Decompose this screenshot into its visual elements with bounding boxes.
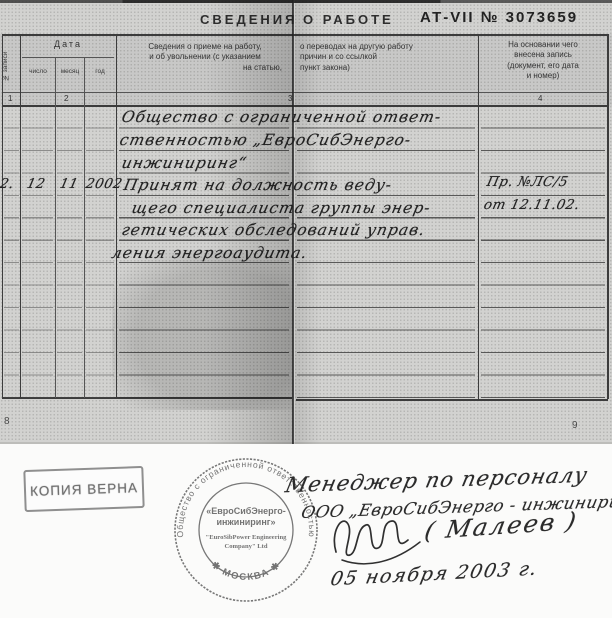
- column-number-4: 4: [538, 94, 542, 103]
- stamp-city-text: ✱ МОСКВА ✱: [209, 560, 283, 584]
- info-right-line3: пункт закона): [300, 63, 476, 73]
- copy-verified-stamp: КОПИЯ ВЕРНА: [23, 466, 144, 512]
- entry-org-line1: Общество с ограниченной ответ-: [120, 108, 443, 126]
- rules-year-col: [86, 106, 114, 398]
- entry-org-line2: ственностью „ЕвроСибЭнерго-: [118, 131, 413, 149]
- divider-info-basis: [478, 34, 479, 399]
- work-record-book-scan: СВЕДЕНИЯ О РАБОТЕ АТ-VII № 3073659 № зап…: [0, 0, 612, 618]
- column-number-2: 2: [64, 94, 68, 103]
- info-left-line2: и об увольнении (с указанием: [120, 52, 290, 62]
- page-number-left: 8: [4, 416, 10, 427]
- info-left-line1: Сведения о приеме на работу,: [120, 42, 290, 52]
- rules-month-col: [57, 106, 82, 398]
- table-bottom-right: [296, 399, 608, 401]
- info-right-line1: о переводах на другую работу: [300, 42, 476, 52]
- info-right-line2: причин и со ссылкой: [300, 52, 476, 62]
- table-right-border: [607, 34, 609, 399]
- basis-line2: внесена запись: [480, 50, 606, 60]
- entry-basis-line2: от 12.11.02.: [482, 197, 581, 213]
- scanned-spread: СВЕДЕНИЯ О РАБОТЕ АТ-VII № 3073659 № зап…: [0, 0, 612, 444]
- column-header-year: год: [83, 68, 117, 75]
- entry-position-line2: щего специалиста группы энер-: [130, 199, 432, 217]
- column-header-record-no: № записи: [2, 40, 20, 92]
- entry-year: 2002: [84, 176, 124, 192]
- entry-basis-line1: Пр. №ЛС/5: [485, 174, 569, 190]
- entry-month: 11: [58, 176, 80, 192]
- column-header-month: месяц: [53, 68, 87, 75]
- rules-recno-col: [4, 106, 19, 398]
- basis-line3: (документ, его дата: [480, 61, 606, 71]
- entry-position-line1: Принят на должность веду-: [122, 176, 394, 194]
- stamp-center-line4: Company" Ltd: [224, 543, 267, 550]
- signer-title-line1: Менеджер по персоналу: [283, 463, 590, 497]
- entry-position-line4: ления энергоаудита.: [110, 244, 309, 262]
- entry-position-line3: гетических обследований управ.: [120, 221, 427, 239]
- rules-info-right-col: [297, 106, 475, 398]
- divider-recno: [20, 34, 21, 398]
- entry-day: 12: [25, 176, 47, 192]
- section-title-right: О РАБОТЕ: [303, 12, 394, 27]
- column-number-1: 1: [8, 94, 12, 103]
- document-serial-number: АТ-VII № 3073659: [420, 9, 578, 26]
- stamp-center-line2: инжиниринг»: [216, 517, 275, 527]
- signature: [326, 506, 430, 570]
- header-separator: [2, 92, 608, 93]
- rules-basis-col: [481, 106, 605, 398]
- divider-date-info: [116, 34, 117, 398]
- entry-org-line3: инжиниринг“: [120, 154, 249, 172]
- table-top-border: [2, 34, 608, 36]
- section-title-left: СВЕДЕНИЯ: [200, 12, 297, 27]
- page-number-right: 9: [572, 420, 578, 431]
- divider-day-month: [55, 58, 56, 398]
- date-underline: [22, 57, 114, 58]
- rules-day-col: [22, 106, 53, 398]
- divider-month-year: [84, 58, 85, 398]
- column-header-date: Дата: [20, 39, 116, 51]
- torn-top-edge: [0, 0, 612, 3]
- copy-stamp-label: КОПИЯ ВЕРНА: [30, 480, 138, 499]
- column-number-3: 3: [288, 94, 292, 103]
- basis-line4: и номер): [480, 71, 606, 81]
- stamp-center-line1: «ЕвроСибЭнерго-: [206, 506, 286, 516]
- info-left-line3: на статью,: [120, 63, 290, 73]
- column-header-info-left: Сведения о приеме на работу, и об увольн…: [120, 42, 290, 73]
- stamp-center-line3: "EuroSibPower Engineering: [206, 534, 288, 541]
- basis-line1: На основании чего: [480, 40, 606, 50]
- column-header-info-right: о переводах на другую работу причин и со…: [300, 42, 476, 73]
- svg-text:✱ МОСКВА ✱: ✱ МОСКВА ✱: [209, 560, 283, 584]
- column-header-basis: На основании чего внесена запись (докуме…: [480, 40, 606, 82]
- column-header-day: число: [21, 68, 55, 75]
